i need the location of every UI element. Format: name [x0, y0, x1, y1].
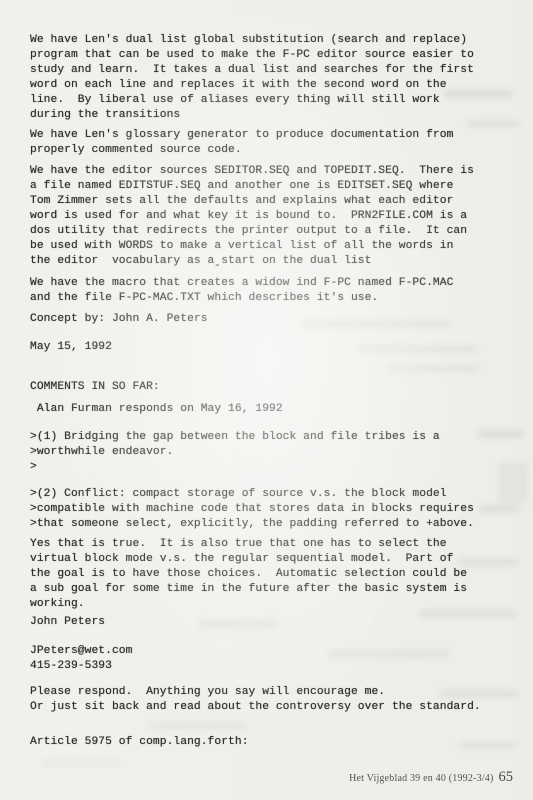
comments-heading: COMMENTS IN SO FAR: — [30, 380, 160, 395]
scan-smudge — [468, 120, 520, 127]
alan-furman-line: Alan Furman responds on May 16, 1992 — [30, 402, 283, 417]
paragraph-macro: We have the macro that creates a widow i… — [30, 276, 453, 306]
paragraph-reply: Yes that is true. It is also true that o… — [30, 537, 467, 612]
document-page: Het Vijgeblad 39 en 40 (1992-3/4) 65 We … — [0, 0, 533, 800]
paragraph-closing: Please respond. Anything you say will en… — [30, 685, 481, 715]
scan-smudge — [148, 722, 248, 729]
scan-smudge — [478, 430, 524, 438]
quote-block-1: >(1) Bridging the gap between the block … — [30, 430, 440, 475]
scan-smudge — [198, 620, 280, 628]
signature-line: John Peters — [30, 615, 105, 630]
page-footer: Het Vijgeblad 39 en 40 (1992-3/4) 65 — [349, 769, 513, 786]
paragraph-glossary: We have Len's glossary generator to prod… — [30, 128, 453, 158]
scan-smudge — [498, 462, 528, 504]
quote-block-2: >(2) Conflict: compact storage of source… — [30, 487, 474, 532]
paragraph-dual-list: We have Len's dual list global substitut… — [30, 33, 474, 123]
contact-block: JPeters@wet.com 415-239-5393 — [30, 644, 132, 674]
article-line: Article 5975 of comp.lang.forth: — [30, 735, 249, 750]
date-line: May 15, 1992 — [30, 340, 112, 355]
paragraph-editor-sources: We have the editor sources SEDITOR.SEQ a… — [30, 164, 474, 269]
page-number: 65 — [499, 769, 514, 786]
scan-smudge — [458, 742, 518, 749]
scan-smudge — [40, 760, 120, 766]
scan-smudge — [458, 558, 520, 566]
scan-smudge — [328, 650, 450, 658]
scan-smudge — [388, 365, 480, 372]
stray-dash-mark: - — [214, 259, 221, 274]
scan-smudge — [358, 345, 478, 353]
concept-by-line: Concept by: John A. Peters — [30, 312, 208, 327]
journal-title: Het Vijgeblad 39 en 40 (1992-3/4) — [349, 773, 493, 784]
scan-smudge — [300, 320, 450, 328]
scan-smudge — [478, 505, 520, 513]
